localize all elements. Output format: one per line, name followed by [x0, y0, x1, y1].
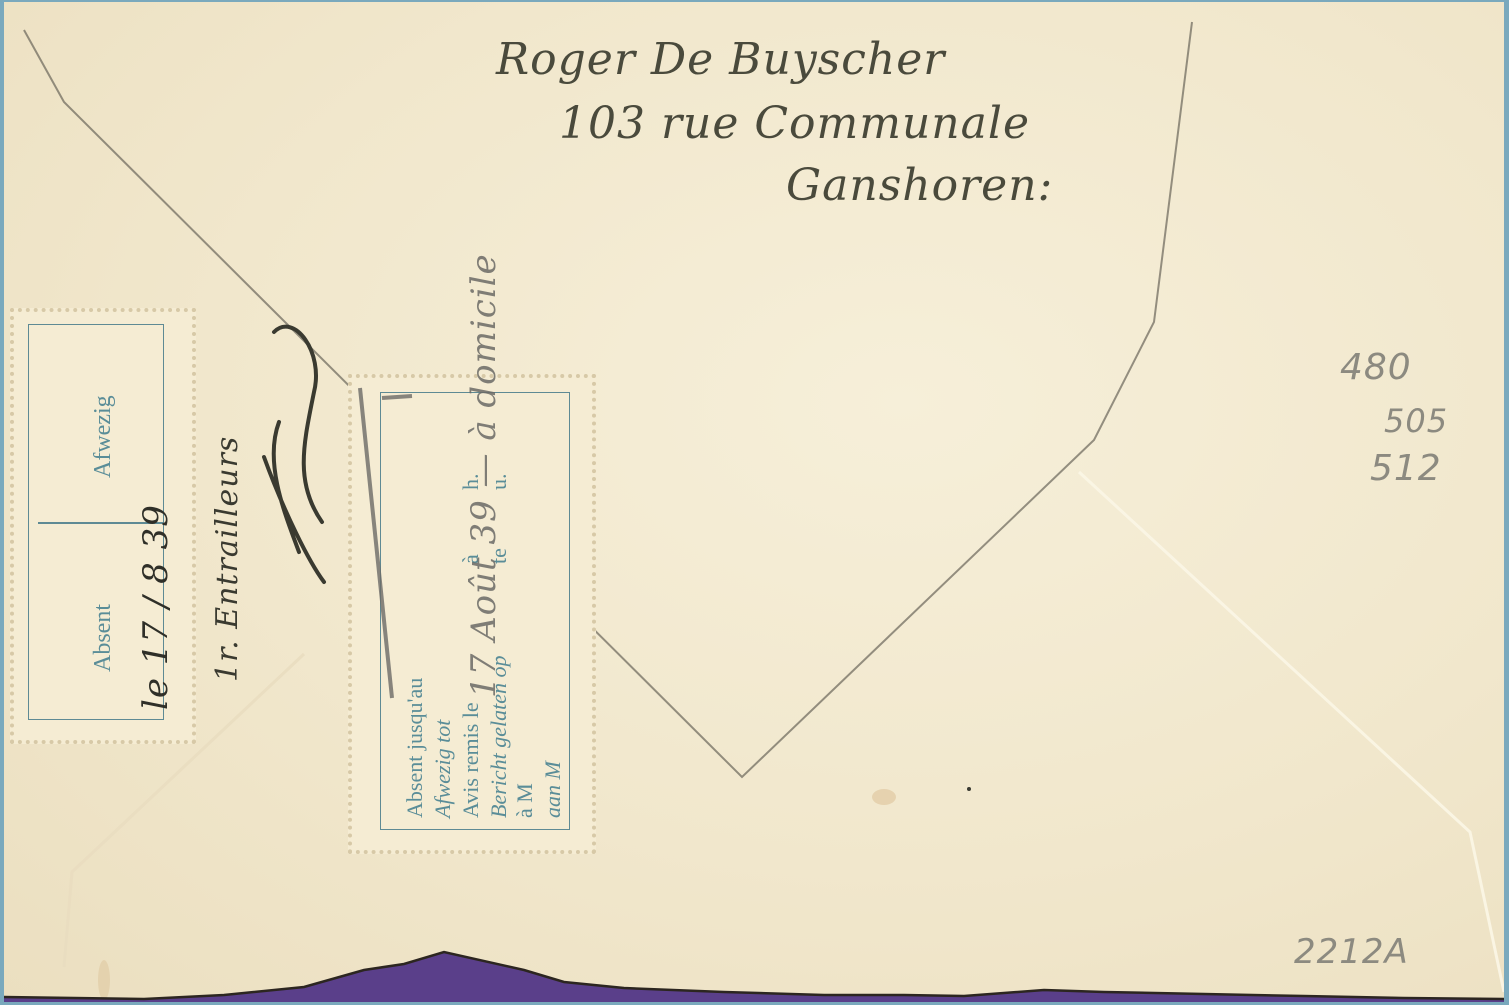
pencil-number-3: 512	[1370, 448, 1442, 489]
catalog-reference: 2212A	[1294, 932, 1409, 972]
label-handwritten-date: le 17 / 8 39	[136, 504, 176, 710]
absence-label-large: Absent jusqu'au Afwezig tot Avis remis l…	[348, 374, 596, 854]
signature-scrawl	[254, 312, 344, 592]
margin-note-vertical: 1r. Entrailleurs	[210, 436, 245, 682]
sender-street: 103 rue Communale	[559, 102, 1030, 146]
sender-city: Ganshoren:	[786, 164, 1053, 208]
label-text-afwezig: Afwezig	[90, 395, 117, 478]
envelope-back: Roger De Buyscher 103 rue Communale Gans…	[4, 2, 1504, 1002]
sender-name: Roger De Buyscher	[496, 38, 945, 82]
label-text-absent: Absent	[90, 604, 117, 672]
pencil-number-2: 505	[1384, 402, 1448, 440]
pencil-number-1: 480	[1340, 347, 1412, 388]
pencil-strokes	[352, 378, 600, 858]
absence-label-small: Absent Afwezig le 17 / 8 39	[10, 308, 196, 744]
